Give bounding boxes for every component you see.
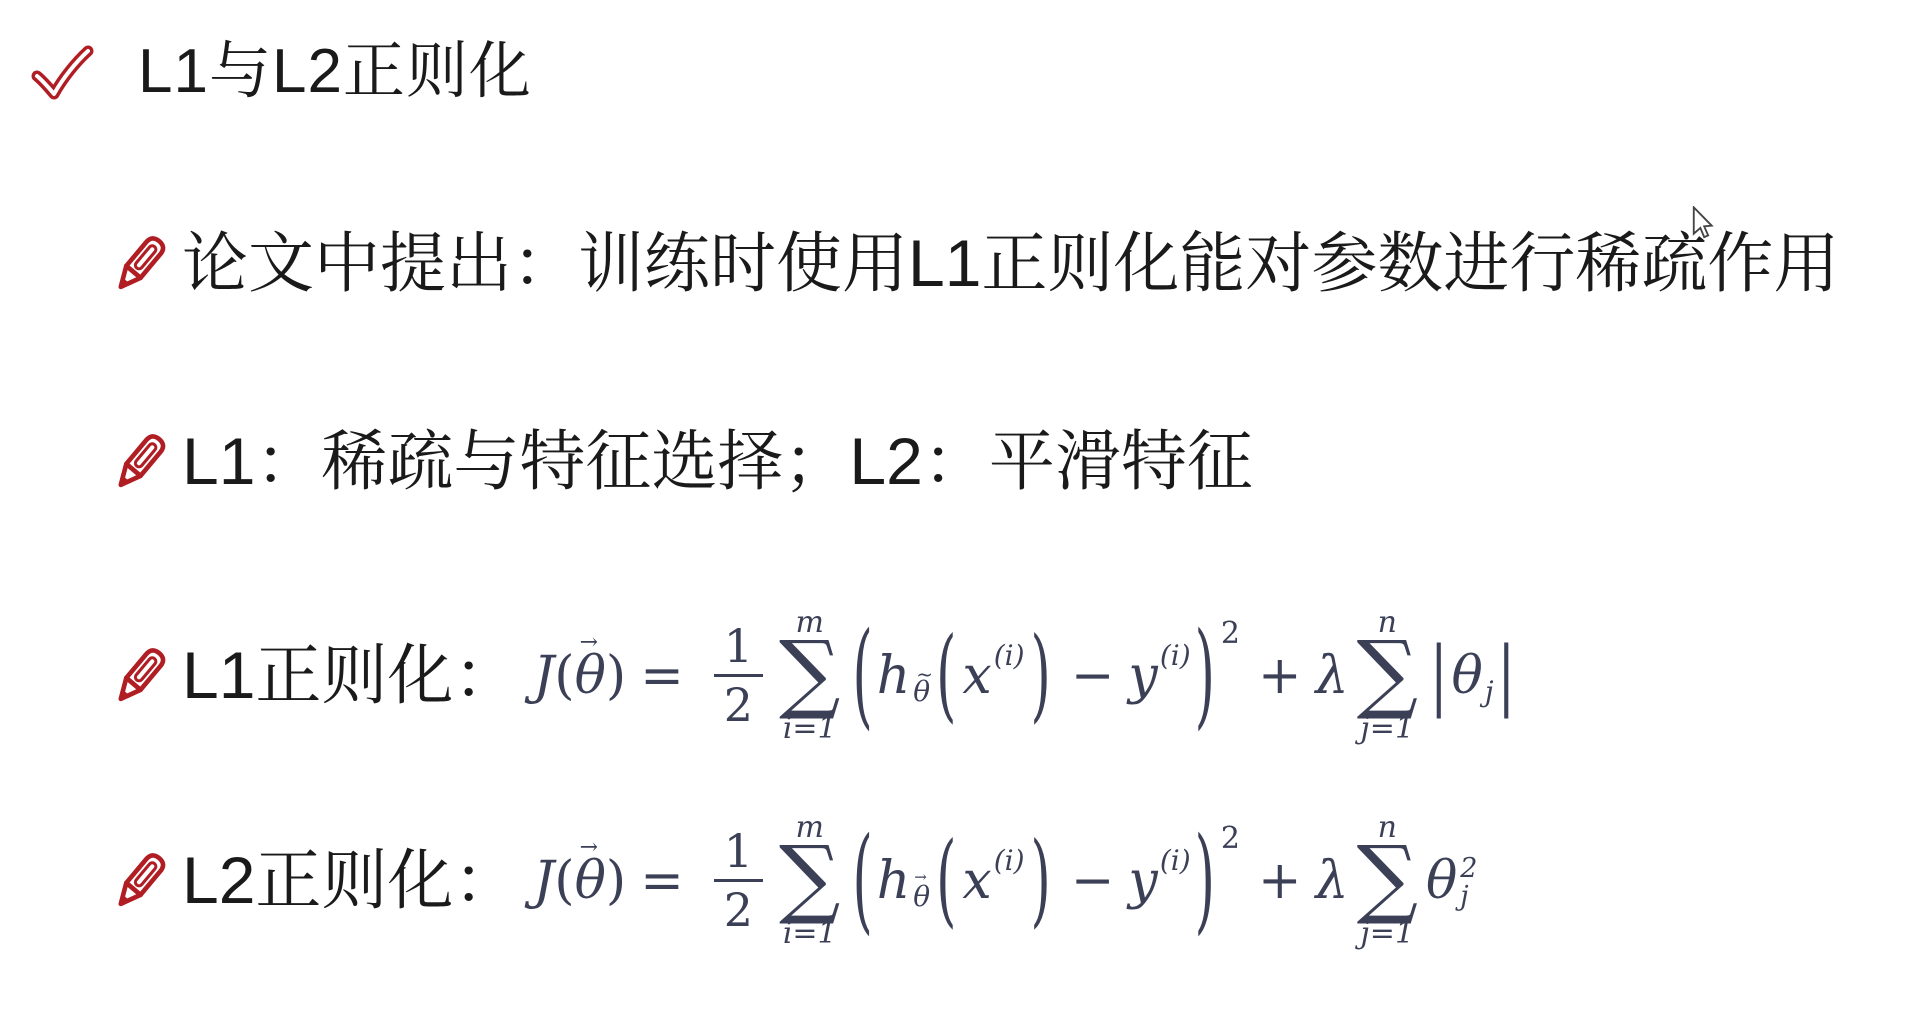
math-fraction-half: 12 <box>714 827 763 935</box>
inner-rparen: ) <box>1031 830 1051 931</box>
tilde-accent: ~ <box>916 664 933 684</box>
l2-formula: J(→θ) = 12 m∑i=1 ( h→θ ( x(i) ) − y(i) )… <box>533 813 1477 948</box>
bullet-text-2: L1：稀疏与特征选择；L2：平滑特征 <box>182 424 1253 500</box>
pencil-icon <box>112 846 168 916</box>
pencil-icon <box>112 229 168 299</box>
pencil-icon <box>112 427 168 497</box>
squared-exponent: 2 <box>1221 619 1240 649</box>
big-rparen: ) <box>1195 824 1215 938</box>
bullet-row-1: 论文中提出：训练时使用L1正则化能对参数进行稀疏作用 <box>112 214 1839 314</box>
math-theta: θ <box>1426 855 1457 907</box>
math-plus: + <box>1258 650 1302 702</box>
big-lparen: ( <box>852 824 872 938</box>
vector-arrow: → <box>914 870 927 885</box>
math-sum-j: n∑j=1 <box>1357 608 1418 743</box>
l1-formula: J(→θ) = 12 m∑i=1 ( h~θ ( x(i) ) − y(i) )… <box>533 608 1519 743</box>
math-lambda: λ <box>1316 650 1349 702</box>
pencil-icon <box>112 641 168 711</box>
subscript-j: j <box>1485 678 1494 706</box>
math-lambda: λ <box>1316 855 1349 907</box>
bullet-label-l2: L2正则化： <box>182 843 519 919</box>
math-J: J <box>533 855 554 907</box>
arrow-cursor-icon <box>1692 206 1714 239</box>
math-equals: = <box>640 650 684 702</box>
page-title: L1与L2正则化 <box>138 38 532 106</box>
vector-arrow: → <box>580 837 598 859</box>
theta-j-squared-scripts: 2j <box>1460 855 1477 912</box>
sigma-icon: ∑ <box>779 640 840 707</box>
math-sum-j: n∑j=1 <box>1357 813 1418 948</box>
sigma-icon: ∑ <box>779 845 840 912</box>
math-h: h <box>877 855 911 907</box>
math-lparen: ( <box>554 855 574 907</box>
sigma-icon: ∑ <box>1357 640 1418 707</box>
inner-rparen: ) <box>1031 625 1051 726</box>
math-h: h <box>877 650 911 702</box>
h-subscript-theta-tilde: ~θ <box>913 678 930 706</box>
abs-bar: | <box>1498 638 1516 713</box>
big-lparen: ( <box>852 619 872 733</box>
math-y: y <box>1128 855 1157 907</box>
squared-exponent: 2 <box>1221 824 1240 854</box>
bullet-text-1: 论文中提出：训练时使用L1正则化能对参数进行稀疏作用 <box>182 226 1839 302</box>
bullet-row-4: L2正则化： J(→θ) = 12 m∑i=1 ( h→θ ( x(i) ) −… <box>112 808 1477 954</box>
bullet-label-l1: L1正则化： <box>182 638 519 714</box>
superscript-i: (i) <box>994 642 1025 670</box>
math-minus: − <box>1071 650 1115 702</box>
math-theta: θ <box>1452 650 1483 702</box>
math-sum-i: m∑i=1 <box>779 813 840 948</box>
math-minus: − <box>1071 855 1115 907</box>
inner-lparen: ( <box>936 625 956 726</box>
inner-lparen: ( <box>936 830 956 931</box>
sigma-icon: ∑ <box>1357 845 1418 912</box>
bullet-row-3: L1正则化： J(→θ) = 12 m∑i=1 ( h~θ ( x(i) ) −… <box>112 605 1519 747</box>
superscript-i: (i) <box>1160 847 1191 875</box>
math-x: x <box>962 650 991 702</box>
math-fraction-half: 12 <box>714 622 763 730</box>
math-sum-i: m∑i=1 <box>779 608 840 743</box>
big-rparen: ) <box>1195 619 1215 733</box>
math-rparen: ) <box>606 650 626 702</box>
superscript-i: (i) <box>1160 642 1191 670</box>
h-subscript-theta-vec: →θ <box>913 883 930 911</box>
title-row: L1与L2正则化 <box>30 34 532 110</box>
math-rparen: ) <box>606 855 626 907</box>
vector-arrow: → <box>580 632 598 654</box>
superscript-i: (i) <box>994 847 1025 875</box>
slide: L1与L2正则化 论文中提出：训练时使用L1正则化能对参数进行稀疏作用 L1：稀… <box>0 0 1916 1024</box>
math-x: x <box>962 855 991 907</box>
checkmark-icon <box>30 44 96 100</box>
math-theta-vector: →θ <box>575 650 606 702</box>
math-theta-vector: →θ <box>575 855 606 907</box>
bullet-row-2: L1：稀疏与特征选择；L2：平滑特征 <box>112 412 1253 512</box>
math-lparen: ( <box>554 650 574 702</box>
math-J: J <box>533 650 554 702</box>
math-y: y <box>1128 650 1157 702</box>
math-plus: + <box>1258 855 1302 907</box>
math-equals: = <box>640 855 684 907</box>
abs-bar: | <box>1430 638 1448 713</box>
